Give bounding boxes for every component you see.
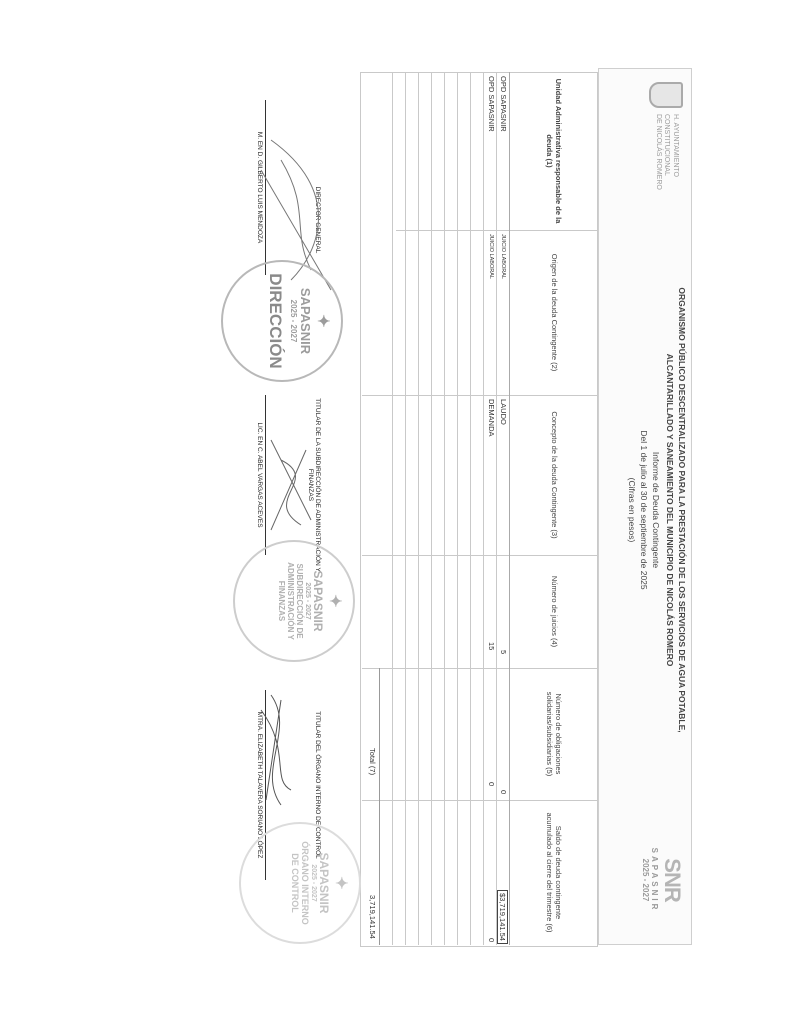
sapasnir-logo-icon: SNR [659, 830, 685, 930]
stamp-oic: ✦ SAPASNIR 2025 - 2027 ÓRGANO INTERNO DE… [239, 822, 361, 944]
empty-row-line [418, 72, 419, 945]
eagle-emblem-icon: ✦ [331, 824, 351, 942]
empty-row-line [392, 72, 393, 945]
row1-concept: LAUDO [499, 399, 508, 425]
title-org-2: ALCANTARILLADO Y SANEAMIENTO DEL MUNICIP… [665, 230, 675, 790]
doc-frame: H. AYUNTAMIENTO CONSTITUCIONAL DE NICOLÁ… [0, 0, 791, 1024]
municipality-crest-icon [649, 82, 683, 108]
title-org: ORGANISMO PÚBLICO DESCENTRALIZADO PARA L… [677, 230, 687, 790]
empty-row-line [457, 72, 458, 945]
col-header-balance: Saldo de deuda contingente acumulado al … [510, 800, 598, 945]
total-sep [379, 668, 380, 945]
stamp-subdireccion: ✦ SAPASNIR 2025 - 2027 SUBDIRECCIÓN DE A… [233, 540, 355, 662]
col-header-lawsuits: Número de juicios (4) [510, 555, 598, 668]
empty-row-line [444, 72, 445, 945]
row1-unit: OPD SAPASNIR [499, 76, 508, 132]
row1-obligations: 0 [499, 790, 508, 794]
total-value: 3,719,141.54 [368, 895, 377, 939]
row1-origin: JUICIO LABORAL [500, 234, 506, 279]
col-header-origin: Origen de la deuda Contingente (2) [510, 230, 598, 395]
row-sep [496, 72, 497, 945]
document-page: H. AYUNTAMIENTO CONSTITUCIONAL DE NICOLÁ… [0, 0, 791, 1024]
row-sep [509, 72, 510, 945]
row2-balance: 0 [487, 938, 496, 942]
sapasnir-logo: SNR SAPASNIR 2025 - 2027 [641, 830, 685, 930]
col-header-obligations: Número de obligaciones solidarias/subsid… [510, 668, 598, 800]
empty-row-line [483, 72, 484, 945]
col-header-unit: Unidad Administrativa responsable de la … [510, 72, 598, 230]
eagle-emblem-icon: ✦ [325, 542, 345, 660]
empty-row-line [470, 72, 471, 945]
report-units: (Cifras en pesos) [627, 230, 637, 790]
row2-lawsuits: 15 [487, 642, 496, 650]
signature-scribble-3 [251, 690, 301, 810]
row2-obligations: 0 [487, 782, 496, 786]
report-title: Informe de Deuda Contingente [651, 230, 661, 790]
empty-row-line [405, 72, 406, 945]
stamp-direccion: ✦ SAPASNIR 2025 - 2027 DIRECCIÓN [221, 260, 343, 382]
eagle-emblem-icon: ✦ [313, 262, 333, 380]
municipality-logo: H. AYUNTAMIENTO CONSTITUCIONAL DE NICOLÁ… [649, 82, 683, 190]
col-header-concept: Concepto de la deuda Contingente (3) [510, 395, 598, 555]
row2-origin: JUICIO LABORAL [488, 234, 494, 279]
row1-balance: $3,719,141.54 [497, 890, 508, 944]
report-period: Del 1 de julio al 30 de septiembre de 20… [639, 230, 649, 790]
total-label: Total (7) [368, 748, 377, 775]
empty-row-line [431, 72, 432, 945]
signature-scribble-2 [261, 430, 321, 540]
row2-concept: DEMANDA [487, 399, 496, 437]
row2-unit: OPD SAPASNIR [487, 76, 496, 132]
row1-lawsuits: 5 [499, 650, 508, 654]
